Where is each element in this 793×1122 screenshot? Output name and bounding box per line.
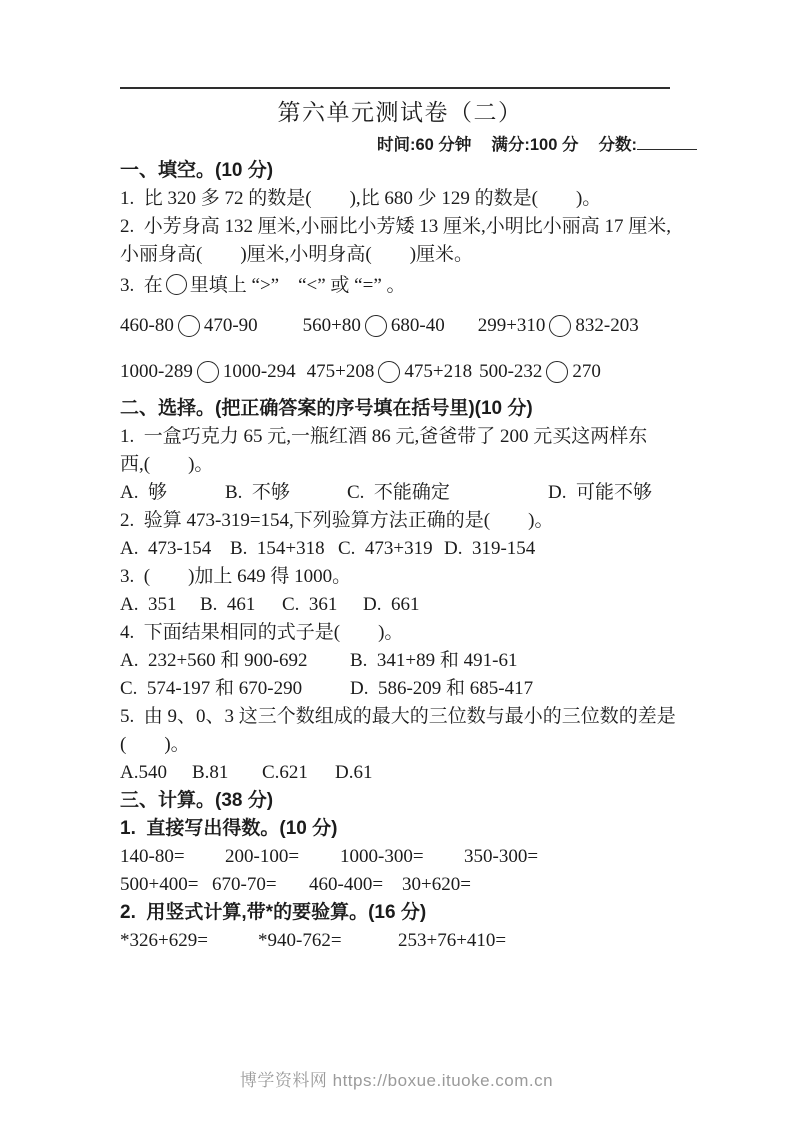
meta-time: 时间:60 分钟 (377, 136, 471, 154)
compare-left: 560+80 (303, 315, 361, 337)
calc-item: 670-70= (212, 871, 309, 899)
compare-right: 680-40 (391, 315, 445, 337)
score-blank-line (637, 135, 697, 150)
option-b: B. 341+89 和 491-61 (350, 647, 517, 675)
calc-item: 200-100= (225, 843, 340, 871)
compare-left: 299+310 (478, 315, 546, 337)
compare-right: 1000-294 (223, 361, 296, 383)
calc-item: *940-762= (258, 927, 398, 955)
option-d: D. 319-154 (444, 535, 535, 563)
calc-sub1: 1. 直接写出得数。(10 分) (120, 815, 680, 843)
choice-q1-line1: 1. 一盒巧克力 65 元,一瓶红酒 86 元,爸爸带了 200 元买这两样东 (120, 423, 680, 451)
calc-item: 1000-300= (340, 843, 464, 871)
compare-right: 832-203 (575, 315, 638, 337)
option-d: D. 661 (363, 591, 419, 619)
choice-q3-options: A. 351 B. 461 C. 361 D. 661 (120, 591, 680, 619)
option-d: D. 可能不够 (548, 479, 652, 507)
option-c: C. 不能确定 (347, 479, 548, 507)
calc-item: 460-400= (309, 871, 402, 899)
compare-row-2: 1000-2891000-294 475+208475+218 500-2322… (120, 349, 680, 395)
section-fill-heading: 一、填空。(10 分) (120, 157, 680, 185)
calc-item: *326+629= (120, 927, 258, 955)
section-choice-heading: 二、选择。(把正确答案的序号填在括号里)(10 分) (120, 395, 680, 423)
compare-pair: 500-232270 (479, 361, 601, 383)
compare-circle-icon (546, 361, 568, 383)
option-b: B. 461 (200, 591, 282, 619)
compare-circle-icon (549, 315, 571, 337)
option-a: A. 473-154 (120, 535, 230, 563)
compare-circle-icon (178, 315, 200, 337)
option-a: A. 351 (120, 591, 200, 619)
compare-left: 475+208 (307, 361, 375, 383)
option-d: D.61 (335, 759, 372, 787)
option-a: A. 232+560 和 900-692 (120, 647, 350, 675)
option-b: B. 154+318 (230, 535, 338, 563)
option-b: B. 不够 (225, 479, 347, 507)
choice-q4: 4. 下面结果相同的式子是( )。 (120, 619, 680, 647)
choice-q5-line1: 5. 由 9、0、3 这三个数组成的最大的三位数与最小的三位数的差是 (120, 703, 680, 731)
meta-score-label: 分数: (599, 136, 638, 154)
fill-q3-suffix: 里填上 “>” “<” 或 “=” 。 (190, 275, 406, 296)
choice-q1-line2: 西,( )。 (120, 451, 680, 479)
exam-meta: 时间:60 分钟满分:100 分分数: (120, 133, 697, 157)
calc-item: 253+76+410= (398, 927, 506, 955)
fill-q3-prefix: 3. 在 (120, 275, 163, 296)
compare-right: 475+218 (404, 361, 472, 383)
option-c: C.621 (262, 759, 335, 787)
choice-q2-options: A. 473-154 B. 154+318 C. 473+319 D. 319-… (120, 535, 680, 563)
calc-item: 350-300= (464, 843, 538, 871)
choice-q3: 3. ( )加上 649 得 1000。 (120, 563, 680, 591)
choice-q5-options: A.540 B.81 C.621 D.61 (120, 759, 680, 787)
compare-circle-icon (166, 274, 187, 295)
option-d: D. 586-209 和 685-417 (350, 675, 533, 703)
meta-full-score: 满分:100 分 (491, 136, 578, 154)
compare-circle-icon (378, 361, 400, 383)
choice-q4-options-row2: C. 574-197 和 670-290 D. 586-209 和 685-41… (120, 675, 680, 703)
paper-content: 第六单元测试卷（二） 时间:60 分钟满分:100 分分数: 一、填空。(10 … (120, 0, 680, 955)
option-c: C. 473+319 (338, 535, 444, 563)
choice-q1-options: A. 够 B. 不够 C. 不能确定 D. 可能不够 (120, 479, 680, 507)
compare-pair: 1000-2891000-294 (120, 361, 296, 383)
fill-q1: 1. 比 320 多 72 的数是( ),比 680 少 129 的数是( )。 (120, 185, 680, 213)
compare-left: 500-232 (479, 361, 542, 383)
option-a: A.540 (120, 759, 192, 787)
section-calc-heading: 三、计算。(38 分) (120, 787, 680, 815)
compare-pair: 460-80470-90 (120, 315, 258, 337)
compare-left: 1000-289 (120, 361, 193, 383)
option-c: C. 574-197 和 670-290 (120, 675, 350, 703)
compare-circle-icon (197, 361, 219, 383)
choice-q2: 2. 验算 473-319=154,下列验算方法正确的是( )。 (120, 507, 680, 535)
compare-circle-icon (365, 315, 387, 337)
compare-row-1: 460-80470-90 560+80680-40 299+310832-203 (120, 303, 680, 349)
watermark-footer: 博学资料网 https://boxue.ituoke.com.cn (0, 1066, 793, 1091)
fill-q3: 3. 在里填上 “>” “<” 或 “=” 。 (120, 269, 680, 303)
oral-calc-row2: 500+400= 670-70= 460-400= 30+620= (120, 871, 680, 899)
fill-q2-line2: 小丽身高( )厘米,小明身高( )厘米。 (120, 241, 680, 269)
calc-item: 30+620= (402, 871, 471, 899)
vertical-calc-row: *326+629= *940-762= 253+76+410= (120, 927, 680, 955)
option-b: B.81 (192, 759, 262, 787)
oral-calc-row1: 140-80= 200-100= 1000-300= 350-300= (120, 843, 680, 871)
compare-pair: 475+208475+218 (307, 361, 472, 383)
compare-right: 270 (572, 361, 601, 383)
compare-right: 470-90 (204, 315, 258, 337)
page-title: 第六单元测试卷（二） (120, 99, 680, 127)
choice-q4-options-row1: A. 232+560 和 900-692 B. 341+89 和 491-61 (120, 647, 680, 675)
option-a: A. 够 (120, 479, 225, 507)
calc-item: 140-80= (120, 843, 225, 871)
compare-pair: 560+80680-40 (303, 315, 445, 337)
calc-sub2: 2. 用竖式计算,带*的要验算。(16 分) (120, 899, 680, 927)
compare-pair: 299+310832-203 (478, 315, 639, 337)
option-c: C. 361 (282, 591, 363, 619)
choice-q5-line2: ( )。 (120, 731, 680, 759)
compare-left: 460-80 (120, 315, 174, 337)
fill-q2-line1: 2. 小芳身高 132 厘米,小丽比小芳矮 13 厘米,小明比小丽高 17 厘米… (120, 213, 680, 241)
calc-item: 500+400= (120, 871, 212, 899)
